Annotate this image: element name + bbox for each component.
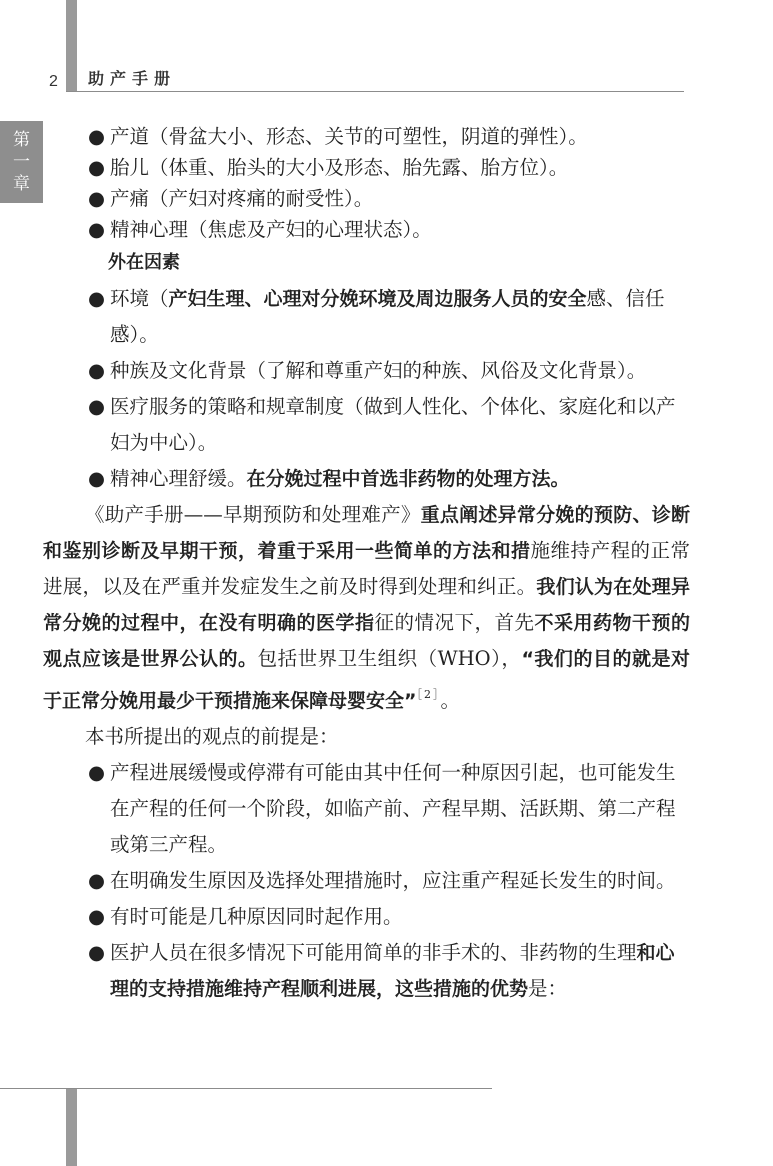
citation-reference: ［2］ [417,688,441,701]
running-title: 助产手册 [88,66,176,89]
bullet-icon: ● [88,121,110,152]
chapter-tab-char: 一 [13,151,30,173]
page-body: ●产道（骨盆大小、形态、关节的可塑性，阴道的弹性）。 ●胎儿（体重、胎头的大小及… [65,121,690,1007]
bullet-icon: ● [88,183,110,214]
list-item-premise: ●产程进展缓慢或停滞有可能由其中任何一种原因引起，也可能发生在产程的任何一个阶段… [65,755,690,863]
page-margin-bar-top [66,0,77,92]
list-item-internal-factor: ●精神心理（焦虑及产妇的心理状态）。 [65,214,690,245]
bullet-icon: ● [88,353,110,389]
bullet-icon: ● [88,389,110,425]
list-item-external-factor: ●环境（产妇生理、心理对分娩环境及周边服务人员的安全感、信任感）。 [65,281,690,353]
bullet-icon: ● [88,755,110,791]
chapter-tab-char: 第 [13,129,30,151]
list-item-external-factor: ●精神心理舒缓。在分娩过程中首选非药物的处理方法。 [65,461,690,497]
list-item-external-factor: ●医疗服务的策略和规章制度（做到人性化、个体化、家庭化和以产妇为中心）。 [65,389,690,461]
bullet-icon: ● [88,863,110,899]
page-number: 2 [49,73,58,91]
page-margin-bar-bottom [66,1089,77,1166]
body-paragraph: 本书所提出的观点的前提是： [43,719,690,755]
bullet-icon: ● [88,152,110,183]
list-item-premise: ●在明确发生原因及选择处理措施时，应注重产程延长发生的时间。 [65,863,690,899]
list-item-premise: ●有时可能是几种原因同时起作用。 [65,899,690,935]
list-item-external-factor: ●种族及文化背景（了解和尊重产妇的种族、风俗及文化背景）。 [65,353,690,389]
chapter-tab: 第 一 章 [0,121,43,203]
bullet-icon: ● [88,935,110,971]
section-heading-external-factors: 外在因素 [65,245,690,281]
body-paragraph: 《助产手册——早期预防和处理难产》重点阐述异常分娩的预防、诊断和鉴别诊断及早期干… [43,497,690,719]
list-item-internal-factor: ●产道（骨盆大小、形态、关节的可塑性，阴道的弹性）。 [65,121,690,152]
list-item-premise: ●医护人员在很多情况下可能用简单的非手术的、非药物的生理和心理的支持措施维持产程… [65,935,690,1007]
bullet-icon: ● [88,461,110,497]
chapter-tab-char: 章 [13,173,30,195]
list-item-internal-factor: ●胎儿（体重、胎头的大小及形态、胎先露、胎方位）。 [65,152,690,183]
list-item-internal-factor: ●产痛（产妇对疼痛的耐受性）。 [65,183,690,214]
bullet-icon: ● [88,214,110,245]
header-rule [66,91,684,92]
bullet-icon: ● [88,899,110,935]
bullet-icon: ● [88,281,110,317]
